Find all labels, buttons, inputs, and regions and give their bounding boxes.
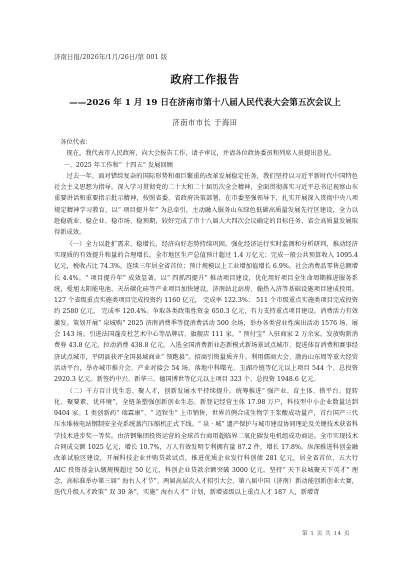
paragraph-growth: （一）全力以赴扩需求、稳增长，经济向好态势持续巩固。强化经济运行实时监测和分析研…: [54, 239, 358, 386]
salutation: 各位代表：: [54, 137, 358, 148]
section-heading: 一、2025 年工作和“ 十四五” 发展回顾: [54, 160, 358, 171]
newspaper-source-line: 济南日报/2026年/1月/26日/第 001 版: [54, 52, 167, 61]
document-subtitle: ——2026 年 1 月 19 日在济南市第十八届人民代表大会第五次会议上: [0, 96, 410, 108]
paragraph-innovation: （二）千方百计优生态、聚人才，创新发展水平持续提升。统筹推进“ 强产业、育主体、…: [54, 386, 358, 499]
document-body: 各位代表： 现在，我代表市人民政府，向大会报告工作，请予审议，并请各位政协委员和…: [54, 137, 358, 499]
document-author: 济南市市长 于海田: [0, 118, 410, 128]
paragraph-review: 过去一年，面对错综复杂的国际形势和艰巨繁重的改革发展稳定任务，我们坚持以习近平新…: [54, 171, 358, 239]
document-title: 政府工作报告: [0, 71, 410, 87]
document-page: 济南日报/2026年/1月/26日/第 001 版 政府工作报告 ——2026 …: [0, 0, 410, 580]
page-number: 第 1 页 共 14 页: [302, 529, 350, 537]
paragraph-intro: 现在，我代表市人民政府，向大会报告工作，请予审议，并请各位政协委员和列席人员提出…: [54, 148, 358, 159]
